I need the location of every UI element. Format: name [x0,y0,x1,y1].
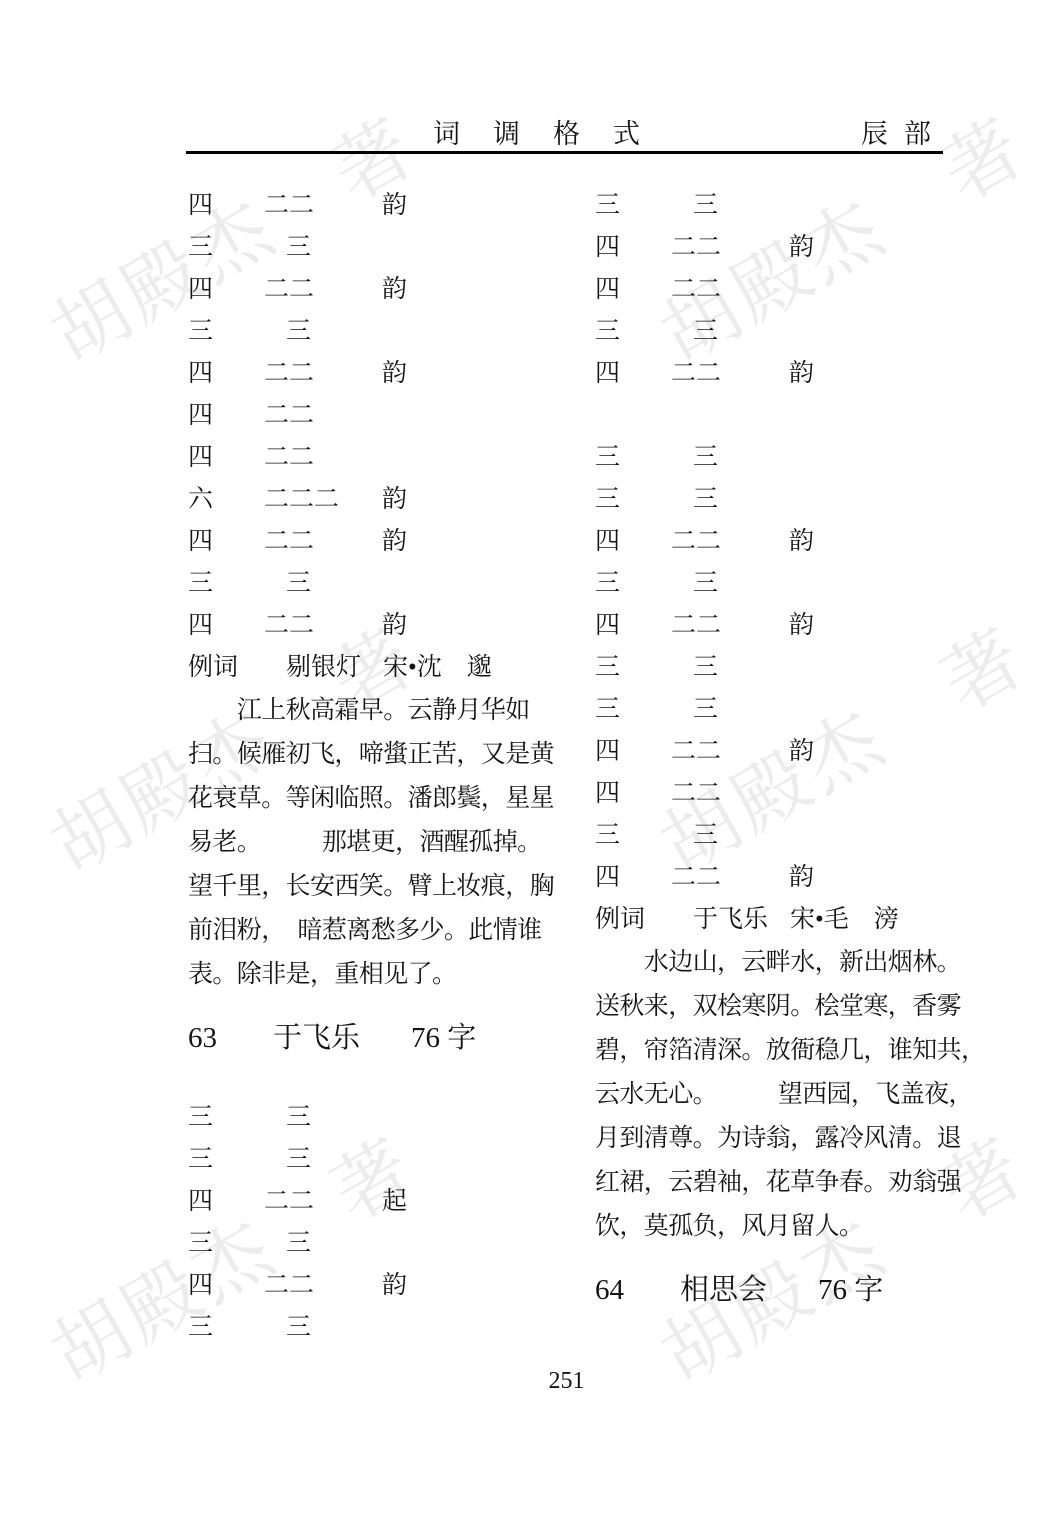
example-line: 例词于飞乐宋•毛 滂 [595,899,970,941]
pattern-cell: 四 [188,605,213,647]
pattern-row: 三三 [595,311,970,353]
pattern-row: 四二二 [595,269,970,311]
example-cipai-title: 于飞乐 [693,906,768,933]
pattern-cell: 四 [595,227,620,269]
pattern-cell: 四 [595,731,620,773]
pattern-row: 四二二 [595,773,970,815]
header-rule [186,151,943,154]
pattern-cell: 韵 [382,605,407,647]
pattern-rows-top: 四二二韵三三四二二韵三三四二二韵四二二四二二六二二二韵四二二韵三三四二二韵 [188,185,563,647]
pattern-cell: 二二 [671,605,721,647]
left-column: 四二二韵三三四二二韵三三四二二韵四二二四二二六二二二韵四二二韵三三四二二韵 例词… [188,185,563,1349]
pattern-cell: 韵 [789,227,814,269]
poem-line: 月到清尊。为诗翁，露冷风清。退 [595,1117,970,1161]
pattern-cell: 韵 [789,521,814,563]
pattern-cell: 三 [693,311,718,353]
pattern-cell: 四 [188,395,213,437]
pattern-cell: 四 [595,353,620,395]
poem-line: 江上秋高霜早。云静月华如 [188,689,563,733]
pattern-row: 六二二二韵 [188,479,563,521]
pattern-cell: 二二 [671,773,721,815]
pattern-row: 四二二韵 [595,353,970,395]
section-heading: 63 于飞乐 76 字 [188,1015,563,1061]
pattern-cell: 二二 [264,521,314,563]
pattern-row: 三三 [188,563,563,605]
pattern-rows-bottom: 三三三三四二二起三三四二二韵三三 [188,1097,563,1349]
pattern-cell: 二二 [671,857,721,899]
pattern-rows: 三三四二二韵四二二三三四二二韵三三三三四二二韵三三四二二韵三三三三四二二韵四二二… [595,185,970,899]
pattern-cell: 四 [188,269,213,311]
pattern-row: 四二二韵 [595,605,970,647]
pattern-cell: 二二 [264,185,314,227]
pattern-row: 四二二韵 [188,185,563,227]
example-cipai-title: 剔银灯 [286,654,361,681]
pattern-cell: 三 [595,815,620,857]
blank-row [595,395,970,437]
pattern-cell: 三 [286,311,311,353]
pattern-row: 三三 [595,815,970,857]
pattern-row: 四二二韵 [595,731,970,773]
pattern-cell: 四 [188,1181,213,1223]
pattern-cell: 四 [188,353,213,395]
page-title: 词调格式 [433,112,673,151]
pattern-row: 四二二韵 [188,521,563,563]
poem-line: 表。除非是，重相见了。 [188,953,563,997]
pattern-cell: 二二 [671,731,721,773]
pattern-cell: 三 [693,185,718,227]
pattern-cell: 三 [595,311,620,353]
pattern-row: 四二二韵 [595,521,970,563]
poem-line: 饮，莫孤负，风月留人。 [595,1205,970,1249]
pattern-cell: 韵 [382,353,407,395]
pattern-cell: 二二 [264,1265,314,1307]
pattern-row: 三三 [595,185,970,227]
pattern-row: 四二二韵 [595,227,970,269]
pattern-row: 四二二韵 [188,605,563,647]
poem-line: 前泪粉， 暗惹离愁多少。此情谁 [188,909,563,953]
poem-line: 碧，帘箔清深。放衙稳几，谁知共， [595,1029,970,1073]
page-number: 251 [188,1368,945,1395]
heading-title: 于飞乐 [273,1015,360,1061]
pattern-cell: 三 [595,563,620,605]
pattern-cell: 三 [188,1097,213,1139]
pattern-cell: 二二 [264,1181,314,1223]
pattern-row: 三三 [188,1223,563,1265]
pattern-cell: 三 [286,1097,311,1139]
pattern-cell: 韵 [789,857,814,899]
pattern-row: 三三 [595,479,970,521]
pattern-cell: 二二 [671,521,721,563]
poem-line: 送秋来，双桧寒阴。桧堂寒，香雾 [595,985,970,1029]
pattern-row: 四二二 [188,437,563,479]
pattern-cell: 三 [595,185,620,227]
pattern-cell: 四 [188,1265,213,1307]
pattern-cell: 二二 [264,353,314,395]
pattern-cell: 四 [595,773,620,815]
pattern-cell: 二二二 [264,479,339,521]
pattern-cell: 二二 [671,353,721,395]
pattern-cell: 三 [286,1223,311,1265]
pattern-cell: 三 [286,227,311,269]
pattern-cell: 三 [693,689,718,731]
pattern-row: 三三 [595,563,970,605]
example-label: 例词 [595,906,645,933]
pattern-row: 四二二 [188,395,563,437]
heading-char-count: 76 字 [818,1267,883,1313]
section-label: 辰部 [861,112,947,151]
poem-line: 云水无心。 望西园，飞盖夜， [595,1073,970,1117]
poem-line: 易老。 那堪更，酒醒孤掉。 [188,821,563,865]
pattern-cell: 四 [188,521,213,563]
poem-line: 水边山，云畔水，新出烟林。 [595,941,970,985]
pattern-cell: 三 [286,1307,311,1349]
pattern-cell: 四 [595,521,620,563]
pattern-cell: 三 [595,437,620,479]
pattern-row: 四二二韵 [188,1265,563,1307]
heading-number: 64 [595,1267,624,1313]
pattern-cell: 三 [595,647,620,689]
pattern-cell: 六 [188,479,213,521]
pattern-cell: 起 [382,1181,407,1223]
pattern-cell: 二二 [264,605,314,647]
pattern-cell: 韵 [382,521,407,563]
pattern-cell: 三 [595,479,620,521]
pattern-cell: 四 [188,437,213,479]
pattern-row: 四二二韵 [188,269,563,311]
poem-line: 望千里，长安西笑。臂上妆痕，胸 [188,865,563,909]
pattern-cell: 三 [188,311,213,353]
pattern-cell: 三 [693,479,718,521]
pattern-cell: 三 [693,563,718,605]
pattern-cell: 四 [188,185,213,227]
pattern-row: 三三 [595,689,970,731]
pattern-cell: 韵 [382,185,407,227]
pattern-cell: 韵 [382,1265,407,1307]
pattern-row: 四二二韵 [595,857,970,899]
pattern-cell: 三 [693,815,718,857]
pattern-cell: 韵 [382,269,407,311]
pattern-cell: 三 [286,1139,311,1181]
pattern-row: 三三 [188,311,563,353]
pattern-cell: 三 [188,1139,213,1181]
pattern-cell: 韵 [789,731,814,773]
heading-title: 相思会 [680,1267,767,1313]
pattern-row: 三三 [188,1307,563,1349]
heading-number: 63 [188,1015,217,1061]
example-poem: 江上秋高霜早。云静月华如扫。候雁初飞，啼螀正苦，又是黄花衰草。等闲临照。潘郎鬓，… [188,689,563,997]
pattern-row: 三三 [595,647,970,689]
pattern-row: 四二二韵 [188,353,563,395]
pattern-cell: 三 [693,647,718,689]
example-poem: 水边山，云畔水，新出烟林。送秋来，双桧寒阴。桧堂寒，香雾碧，帘箔清深。放衙稳几，… [595,941,970,1249]
pattern-cell: 二二 [264,269,314,311]
poem-line: 花衰草。等闲临照。潘郎鬓，星星 [188,777,563,821]
right-column: 三三四二二韵四二二三三四二二韵三三三三四二二韵三三四二二韵三三三三四二二韵四二二… [595,185,970,1313]
pattern-row: 三三 [595,437,970,479]
pattern-cell: 三 [188,563,213,605]
pattern-cell: 二二 [671,227,721,269]
pattern-row: 三三 [188,1097,563,1139]
pattern-cell: 四 [595,605,620,647]
pattern-cell: 三 [188,1307,213,1349]
pattern-cell: 二二 [264,395,314,437]
heading-char-count: 76 字 [411,1015,476,1061]
pattern-row: 三三 [188,227,563,269]
pattern-cell: 韵 [382,479,407,521]
pattern-cell: 三 [693,437,718,479]
section-heading: 64 相思会 76 字 [595,1267,970,1313]
pattern-row: 四二二起 [188,1181,563,1223]
pattern-row: 三三 [188,1139,563,1181]
pattern-cell: 四 [595,857,620,899]
pattern-cell: 四 [595,269,620,311]
pattern-cell: 三 [595,689,620,731]
example-label: 例词 [188,654,238,681]
document-page: 胡殿杰 著 胡殿杰 著 胡殿杰 著 胡殿杰 著 胡殿杰 著 胡殿杰 著 词调格式… [0,0,1058,1534]
example-line: 例词剔银灯宋•沈 邈 [188,647,563,689]
poem-line: 红裙，云碧袖，花草争春。劝翁强 [595,1161,970,1205]
example-author: 宋•毛 滂 [790,906,899,933]
pattern-cell: 二二 [264,437,314,479]
pattern-cell: 三 [286,563,311,605]
example-author: 宋•沈 邈 [383,654,492,681]
pattern-cell: 三 [188,227,213,269]
pattern-cell: 韵 [789,605,814,647]
pattern-cell: 三 [188,1223,213,1265]
pattern-cell: 二二 [671,269,721,311]
pattern-cell: 韵 [789,353,814,395]
poem-line: 扫。候雁初飞，啼螀正苦，又是黄 [188,733,563,777]
